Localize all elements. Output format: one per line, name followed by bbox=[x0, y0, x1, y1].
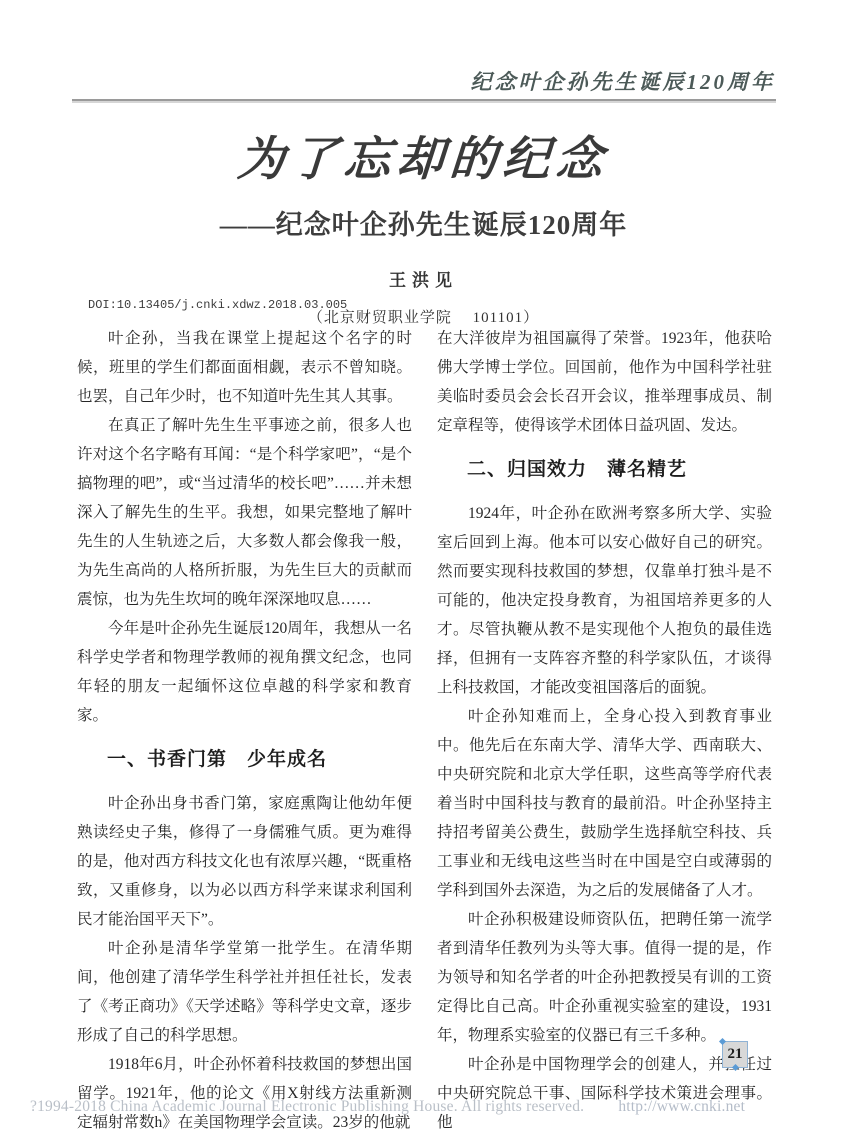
doi: DOI:10.13405/j.cnki.xdwz.2018.03.005 bbox=[88, 298, 347, 312]
paragraph: 1924年，叶企孙在欧洲考察多所大学、实验室后回到上海。他本可以安心做好自己的研… bbox=[437, 499, 772, 702]
paragraph: 叶企孙积极建设师资队伍，把聘任第一流学者到清华任教列为头等大事。值得一提的是，作… bbox=[437, 905, 772, 1050]
paragraph-continuation: 在大洋彼岸为祖国赢得了荣誉。1923年，他获哈佛大学博士学位。回国前，他作为中国… bbox=[437, 324, 772, 440]
paragraph: 叶企孙是清华学堂第一批学生。在清华期间，他创建了清华学生科学社并担任社长，发表了… bbox=[77, 934, 412, 1050]
paragraph: 今年是叶企孙先生诞辰120周年，我想从一名科学史学者和物理学教师的视角撰文纪念，… bbox=[77, 614, 412, 730]
section-1-heading: 一、书香门第 少年成名 bbox=[107, 747, 412, 773]
journal-page: 纪念叶企孙先生诞辰120周年 为了忘却的纪念 ——纪念叶企孙先生诞辰120周年 … bbox=[0, 0, 847, 1142]
section-2-heading: 二、归国效力 薄名精艺 bbox=[467, 457, 772, 483]
paragraph: 叶企孙出身书香门第，家庭熏陶让他幼年便熟读经史子集，修得了一身儒雅气质。更为难得… bbox=[77, 789, 412, 934]
author-name: 王洪见 bbox=[0, 266, 847, 291]
running-head: 纪念叶企孙先生诞辰120周年 bbox=[471, 66, 776, 96]
footer: ?1994-2018 China Academic Journal Electr… bbox=[30, 1098, 745, 1116]
paragraph: 叶企孙知难而上，全身心投入到教育事业中。他先后在东南大学、清华大学、西南联大、中… bbox=[437, 702, 772, 905]
right-column: 在大洋彼岸为祖国赢得了荣誉。1923年，他获哈佛大学博士学位。回国前，他作为中国… bbox=[437, 324, 772, 1137]
paragraph: 在真正了解叶先生生平事迹之前，很多人也许对这个名字略有耳闻：“是个科学家吧”，“… bbox=[77, 411, 412, 614]
header-rule bbox=[72, 99, 776, 101]
page-number: 21 bbox=[728, 1046, 743, 1063]
paragraph: 叶企孙，当我在课堂上提起这个名字的时候，班里的学生们都面面相觑，表示不曾知晓。也… bbox=[77, 324, 412, 411]
cnki-url: http://www.cnki.net bbox=[618, 1098, 745, 1115]
paragraph: 1918年6月，叶企孙怀着科技救国的梦想出国留学。1921年，他的论文《用X射线… bbox=[77, 1050, 412, 1137]
title-block: 为了忘却的纪念 ——纪念叶企孙先生诞辰120周年 王洪见 （北京财贸职业学院 1… bbox=[0, 122, 847, 327]
copyright-text: ?1994-2018 China Academic Journal Electr… bbox=[30, 1098, 584, 1115]
page-number-box: 21 bbox=[722, 1041, 748, 1068]
left-column: 叶企孙，当我在课堂上提起这个名字的时候，班里的学生们都面面相觑，表示不曾知晓。也… bbox=[77, 324, 412, 1137]
article-body: 叶企孙，当我在课堂上提起这个名字的时候，班里的学生们都面面相觑，表示不曾知晓。也… bbox=[77, 324, 772, 1137]
article-title: 为了忘却的纪念 bbox=[0, 122, 847, 189]
article-subtitle: ——纪念叶企孙先生诞辰120周年 bbox=[0, 203, 847, 242]
